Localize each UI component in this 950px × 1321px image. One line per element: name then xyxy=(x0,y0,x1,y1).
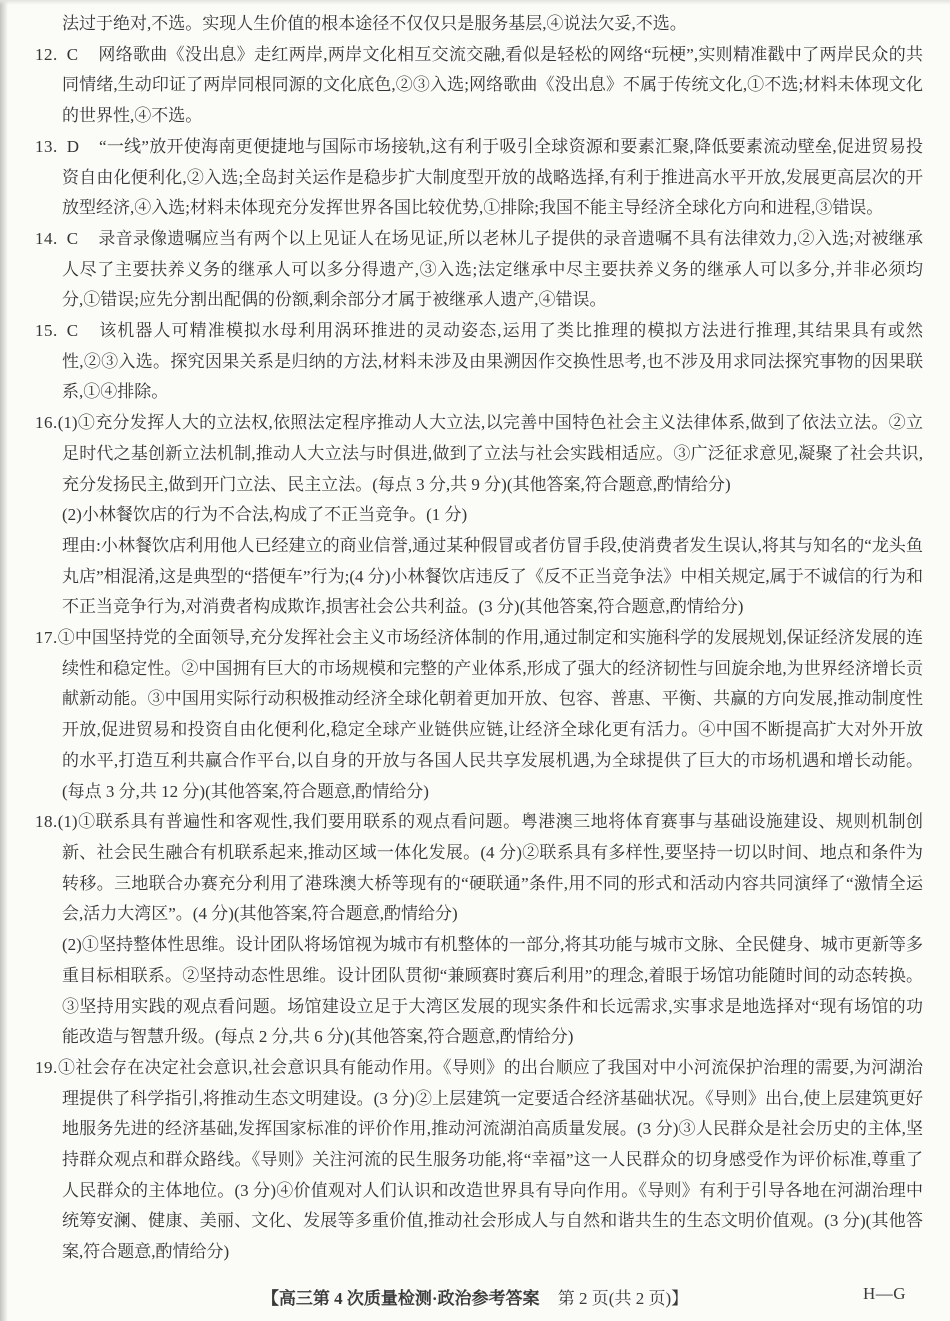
answer-item-18-para-2: (2)①坚持整体性思维。设计团队将场馆视为城市有机整体的一部分,将其功能与城市文… xyxy=(35,930,923,1053)
question-number: 14. xyxy=(35,229,58,248)
question-number: 12. xyxy=(35,45,58,64)
answer-text: ①中国坚持党的全面领导,充分发挥社会主义市场经济体制的作用,通过制定和实施科学的… xyxy=(58,628,923,801)
question-number: 15. xyxy=(35,321,58,340)
answer-item-15-para-1: 15.C该机器人可精准模拟水母利用涡环推进的灵动姿态,运用了类比推理的模拟方法进… xyxy=(35,316,923,408)
answer-text: 录音录像遗嘱应当有两个以上见证人在场见证,所以老林儿子提供的录音遗嘱不具有法律效… xyxy=(62,229,923,309)
answer-text: 法过于绝对,不选。实现人生价值的根本途径不仅仅只是服务基层,④说法欠妥,不选。 xyxy=(62,14,687,33)
answer-text: ①社会存在决定社会意识,社会意识具有能动作用。《导则》的出台顺应了我国对中小河流… xyxy=(58,1058,923,1261)
question-number: 18. xyxy=(35,812,58,831)
footer-center: 【高三第 4 次质量检测·政治参考答案 第 2 页(共 2 页)】 xyxy=(0,1284,950,1309)
answer-item-17-para-1: 17.①中国坚持党的全面领导,充分发挥社会主义市场经济体制的作用,通过制定和实施… xyxy=(35,623,923,807)
scan-edge-top xyxy=(0,0,950,5)
answer-text: (2)小林餐饮店的行为不合法,构成了不正当竞争。(1 分) xyxy=(62,505,467,524)
footer-exam-code: H—G xyxy=(863,1284,906,1304)
answer-item-14-para-1: 14.C录音录像遗嘱应当有两个以上见证人在场见证,所以老林儿子提供的录音遗嘱不具… xyxy=(35,224,923,316)
question-number: 19. xyxy=(35,1058,58,1077)
answer-item-16-para-3: 理由:小林餐饮店利用他人已经建立的商业信誉,通过某种假冒或者仿冒手段,使消费者发… xyxy=(35,531,923,623)
answer-item-12-para-1: 12.C网络歌曲《没出息》走红两岸,两岸文化相互交流交融,看似是轻松的网络“玩梗… xyxy=(35,40,923,132)
question-number: 16. xyxy=(35,413,58,432)
question-number: 17. xyxy=(35,628,58,647)
answer-letter: C xyxy=(67,321,78,340)
answer-item-16-para-1: 16.(1)①充分发挥人大的立法权,依照法定程序推动人大立法,以完善中国特色社会… xyxy=(35,408,923,500)
answer-text: (2)①坚持整体性思维。设计团队将场馆视为城市有机整体的一部分,将其功能与城市文… xyxy=(62,935,923,1046)
answer-text: (1)①联系具有普遍性和客观性,我们要用联系的观点看问题。粤港澳三地将体育赛事与… xyxy=(58,812,923,923)
footer-title: 【高三第 4 次质量检测·政治参考答案 xyxy=(262,1289,540,1308)
footer-page-info: 第 2 页(共 2 页)】 xyxy=(558,1289,688,1308)
answer-item-18-para-1: 18.(1)①联系具有普遍性和客观性,我们要用联系的观点看问题。粤港澳三地将体育… xyxy=(35,807,923,930)
answer-item-13-para-1: 13.D“一线”放开使海南更便捷地与国际市场接轨,这有利于吸引全球资源和要素汇聚… xyxy=(35,132,923,224)
answer-letter: C xyxy=(67,229,78,248)
answer-item-16-para-2: (2)小林餐饮店的行为不合法,构成了不正当竞争。(1 分) xyxy=(35,500,923,531)
answer-text: 网络歌曲《没出息》走红两岸,两岸文化相互交流交融,看似是轻松的网络“玩梗”,实则… xyxy=(62,45,923,125)
answer-item-19-para-1: 19.①社会存在决定社会意识,社会意识具有能动作用。《导则》的出台顺应了我国对中… xyxy=(35,1053,923,1268)
answer-text: “一线”放开使海南更便捷地与国际市场接轨,这有利于吸引全球资源和要素汇聚,降低要… xyxy=(62,137,923,217)
answer-letter: D xyxy=(67,137,79,156)
scan-edge-left xyxy=(0,0,8,1321)
answer-text: 理由:小林餐饮店利用他人已经建立的商业信誉,通过某种假冒或者仿冒手段,使消费者发… xyxy=(62,536,923,616)
answer-text: 该机器人可精准模拟水母利用涡环推进的灵动姿态,运用了类比推理的模拟方法进行推理,… xyxy=(62,321,923,401)
page-footer: 【高三第 4 次质量检测·政治参考答案 第 2 页(共 2 页)】 H—G xyxy=(0,1284,950,1308)
answers-list: 法过于绝对,不选。实现人生价值的根本途径不仅仅只是服务基层,④说法欠妥,不选。1… xyxy=(35,9,923,1268)
question-number: 13. xyxy=(35,137,58,156)
answer-paragraph-continuation: 法过于绝对,不选。实现人生价值的根本途径不仅仅只是服务基层,④说法欠妥,不选。 xyxy=(35,9,923,40)
answer-text: (1)①充分发挥人大的立法权,依照法定程序推动人大立法,以完善中国特色社会主义法… xyxy=(58,413,923,493)
answer-letter: C xyxy=(67,45,78,64)
